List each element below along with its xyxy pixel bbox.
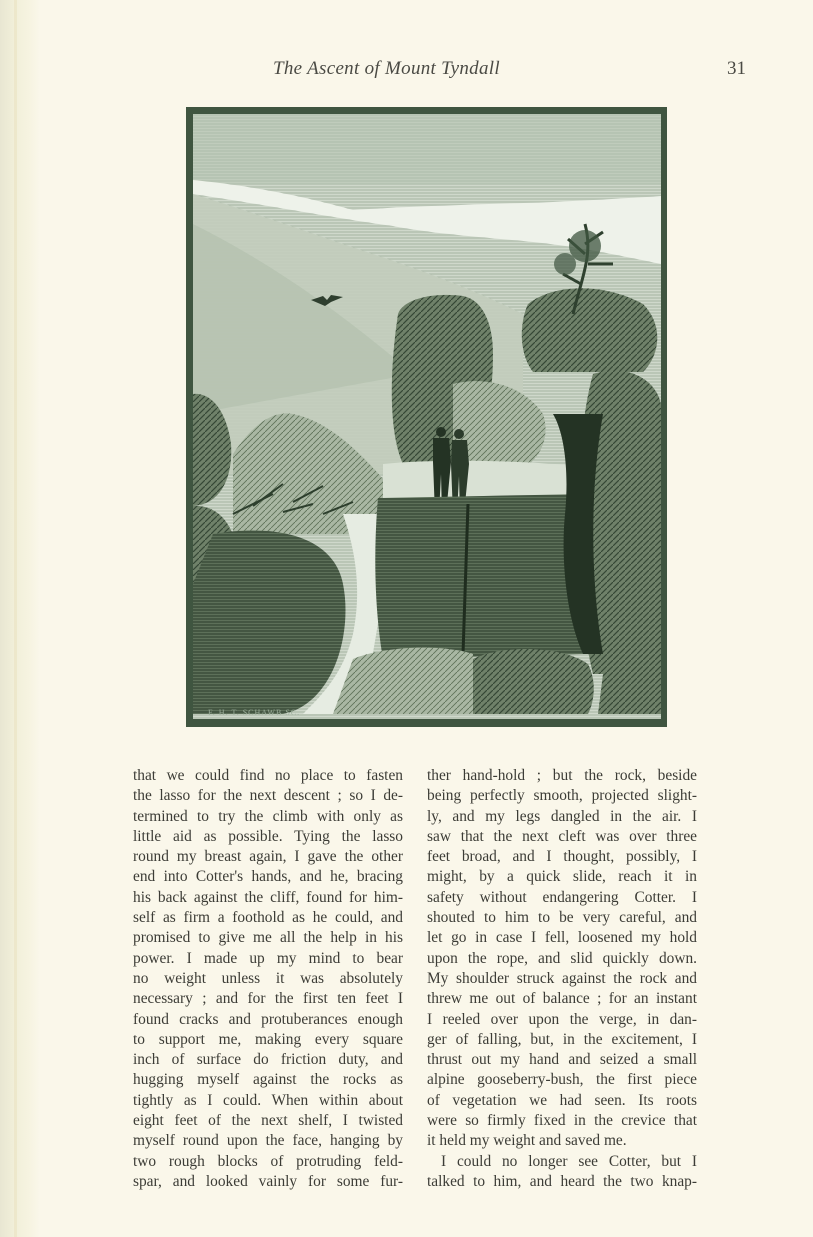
- text-line: shouted to him to be very careful, and: [427, 908, 697, 928]
- text-line: My shoulder struck against the rock and: [427, 969, 697, 989]
- text-line: self as firm a foothold as he could, and: [133, 908, 403, 928]
- text-line: power. I made up my mind to bear: [133, 949, 403, 969]
- text-line: two rough blocks of protruding feld-: [133, 1152, 403, 1172]
- text-line: found cracks and protuberances enough: [133, 1010, 403, 1030]
- text-line: promised to give me all the help in his: [133, 928, 403, 948]
- text-line: let go in case I fell, loosened my hold: [427, 928, 697, 948]
- text-line: spar, and looked vainly for some fur-: [133, 1172, 403, 1192]
- text-line: alpine gooseberry-bush, the first piece: [427, 1070, 697, 1090]
- text-line: upon the rope, and slid quickly down.: [427, 949, 697, 969]
- text-line: the lasso for the next descent ; so I de…: [133, 786, 403, 806]
- text-line: ly, and my legs dangled in the air. I: [427, 807, 697, 827]
- text-line: little aid as possible. Tying the lasso: [133, 827, 403, 847]
- text-line: saw that the next cleft was over three: [427, 827, 697, 847]
- text-line: were so firmly fixed in the crevice that: [427, 1111, 697, 1131]
- text-line: it held my weight and saved me.: [427, 1131, 697, 1151]
- text-line: that we could find no place to fasten: [133, 766, 403, 786]
- engraving-scene: [193, 114, 661, 719]
- body-column-right: ther hand-hold ; but the rock, beside be…: [427, 766, 697, 1192]
- running-title: The Ascent of Mount Tyndall: [273, 58, 500, 80]
- text-line: no weight unless it was absolutely: [133, 969, 403, 989]
- text-line: myself round upon the face, hanging by: [133, 1131, 403, 1151]
- text-line: termined to try the climb with only as: [133, 807, 403, 827]
- body-column-left: that we could find no place to fasten th…: [133, 766, 403, 1192]
- text-line: to support me, making every square: [133, 1030, 403, 1050]
- text-line: hugging myself against the rocks as: [133, 1070, 403, 1090]
- page-number: 31: [727, 58, 746, 80]
- text-line: eight feet of the next shelf, I twisted: [133, 1111, 403, 1131]
- text-line: might, by a quick slide, reach it in: [427, 867, 697, 887]
- text-line: feet broad, and I thought, possibly, I: [427, 847, 697, 867]
- text-line: end into Cotter's hands, and he, bracing: [133, 867, 403, 887]
- engraver-signature: F. H. T. SCHAWB SC.: [208, 708, 300, 717]
- text-line: I could no longer see Cotter, but I: [427, 1152, 697, 1172]
- text-line: ther hand-hold ; but the rock, beside: [427, 766, 697, 786]
- engraving-illustration: F. H. T. SCHAWB SC.: [186, 107, 667, 727]
- text-line: threw me out of balance ; for an instant: [427, 989, 697, 1009]
- text-line: inch of surface do friction duty, and: [133, 1050, 403, 1070]
- page-gutter-shadow: [0, 0, 40, 1237]
- text-line: safety without endangering Cotter. I: [427, 888, 697, 908]
- text-line: thrust out my hand and seized a small: [427, 1050, 697, 1070]
- text-line: I reeled over upon the verge, in dan-: [427, 1010, 697, 1030]
- text-line: tightly as I could. When within about: [133, 1091, 403, 1111]
- text-line: of vegetation we had seen. Its roots: [427, 1091, 697, 1111]
- text-line: round my breast again, I gave the other: [133, 847, 403, 867]
- text-line: ger of falling, but, in the excitement, …: [427, 1030, 697, 1050]
- running-head: The Ascent of Mount Tyndall 31: [0, 58, 813, 84]
- text-line: his back against the cliff, found for hi…: [133, 888, 403, 908]
- text-line: necessary ; and for the first ten feet I: [133, 989, 403, 1009]
- text-line: being perfectly smooth, projected slight…: [427, 786, 697, 806]
- text-line: talked to him, and heard the two knap-: [427, 1172, 697, 1192]
